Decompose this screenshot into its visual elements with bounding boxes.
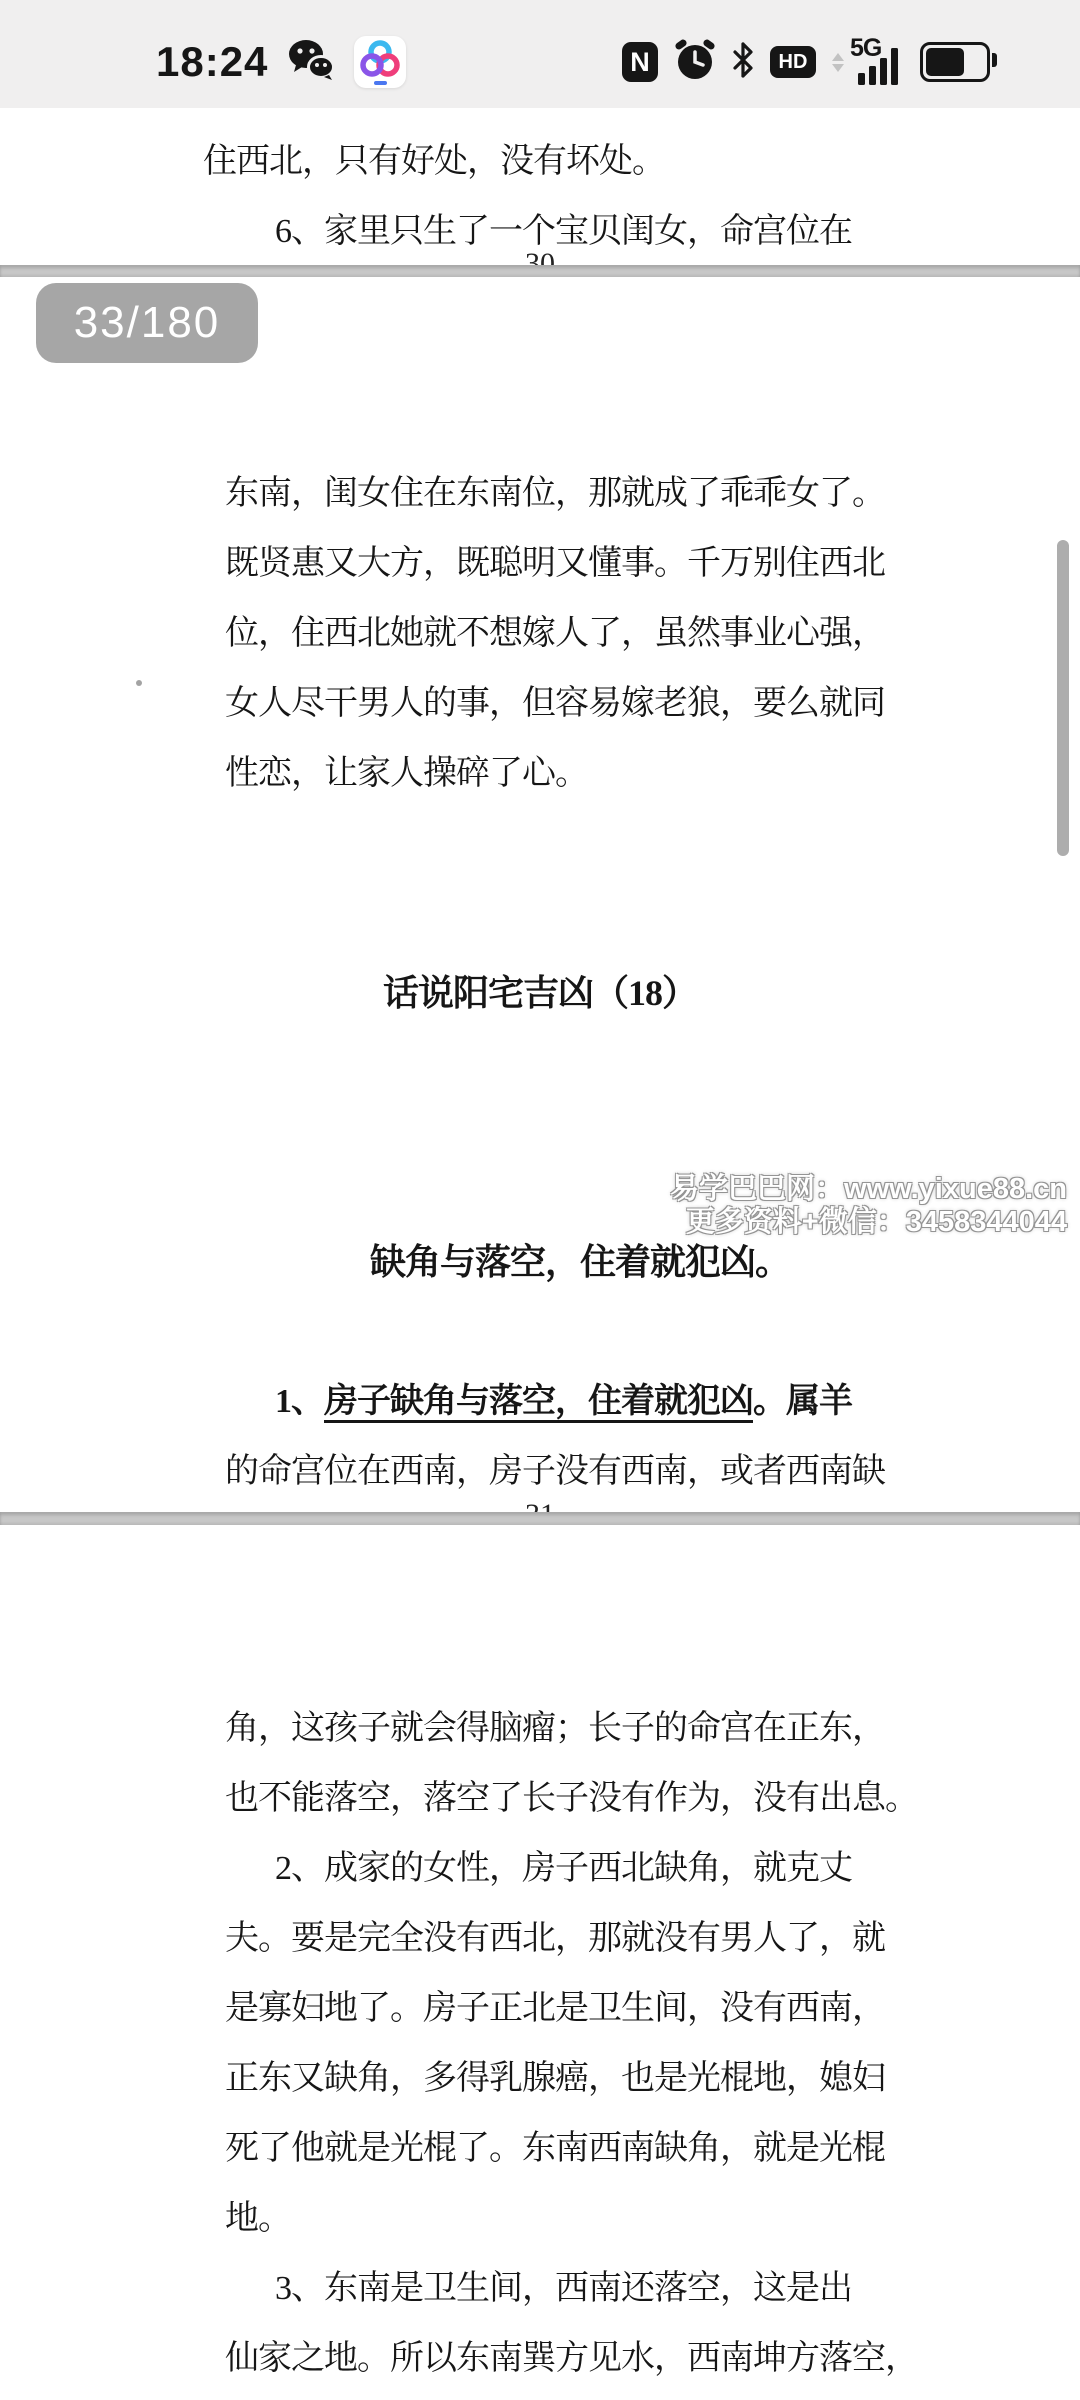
text-line: 地。	[0, 2184, 1080, 2254]
text-line: 住西北，只有好处，没有坏处。	[0, 127, 1080, 197]
page-indicator-badge: 33/180	[36, 283, 258, 363]
text-line: 性恋，让家人操碎了心。	[0, 739, 1080, 809]
page30-text: 住西北，只有好处，没有坏处。6、家里只生了一个宝贝闺女，命宫位在	[0, 127, 1080, 265]
nfc-icon: N	[622, 42, 658, 82]
subsection-title: 缺角与落空，住着就犯凶。	[40, 1227, 1080, 1297]
watermark-line1: 易学巴巴网：www.yixue88.cn	[670, 1173, 1067, 1206]
text-line: 死了他就是光棍了。东南西南缺角，就是光棍	[0, 2114, 1080, 2184]
bluetooth-icon	[732, 42, 754, 83]
network-arrows-icon	[832, 53, 844, 72]
pdf-page-31[interactable]: 东南，闺女住在东南位，那就成了乖乖女了。既贤惠又大方，既聪明又懂事。千万别住西北…	[0, 277, 1080, 1512]
scan-artifact-dot	[136, 680, 142, 686]
page31-paragraph: 东南，闺女住在东南位，那就成了乖乖女了。既贤惠又大方，既聪明又懂事。千万别住西北…	[0, 459, 1080, 809]
text-line: 1、房子缺角与落空，住着就犯凶。属羊	[0, 1367, 1080, 1437]
text-line: 也不能落空，落空了长子没有作为，没有出息。	[0, 1764, 1080, 1834]
text-line: 东南，闺女住在东南位，那就成了乖乖女了。	[0, 459, 1080, 529]
text-line: 仙家之地。所以东南巽方见水，西南坤方落空，	[0, 2324, 1080, 2394]
signal-bars-icon: 5G	[852, 39, 904, 85]
page-gap-separator	[0, 265, 1080, 277]
pdf-page-32[interactable]: 角，这孩子就会得脑瘤；长子的命宫在正东，也不能落空，落空了长子没有作为，没有出息…	[0, 1525, 1080, 2400]
text-line: 位，住西北她就不想嫁人了，虽然事业心强，	[0, 599, 1080, 669]
status-bar-left: 18:24	[156, 16, 406, 108]
hd-icon: HD	[770, 46, 816, 78]
text-line: 既贤惠又大方，既聪明又懂事。千万别住西北	[0, 529, 1080, 599]
text-line: 女人尽干男人的事，但容易嫁老狼，要么就同	[0, 669, 1080, 739]
pdf-page-30[interactable]: 住西北，只有好处，没有坏处。6、家里只生了一个宝贝闺女，命宫位在 30	[0, 108, 1080, 265]
scrollbar-thumb[interactable]	[1057, 540, 1069, 856]
text-line: 的命宫位在西南，房子没有西南，或者西南缺	[0, 1437, 1080, 1507]
status-bar-right: N HD 5G	[622, 16, 996, 108]
text-line: 2、成家的女性，房子西北缺角，就克丈	[0, 1834, 1080, 1904]
page30-number: 30	[0, 247, 1080, 265]
wechat-icon	[288, 39, 334, 86]
phone-screen: 18:24	[0, 0, 1080, 2400]
text-line: 3、东南是卫生间，西南还落空，这是出	[0, 2254, 1080, 2324]
text-line: 夫。要是完全没有西北，那就没有男人了，就	[0, 1904, 1080, 1974]
status-bar: 18:24	[0, 0, 1080, 108]
page31-item1: 1、房子缺角与落空，住着就犯凶。属羊的命宫位在西南，房子没有西南，或者西南缺	[0, 1367, 1080, 1507]
page31-number: 31	[0, 1498, 1080, 1512]
section-title: 话说阳宅吉凶（18）	[0, 958, 1080, 1028]
battery-icon	[920, 42, 990, 82]
clock-time: 18:24	[156, 38, 268, 86]
app-icon	[354, 36, 406, 88]
page-gap-separator	[0, 1512, 1080, 1525]
text-line: 是寡妇地了。房子正北是卫生间，没有西南，	[0, 1974, 1080, 2044]
alarm-icon	[674, 39, 716, 86]
text-line: 正东又缺角，多得乳腺癌，也是光棍地，媳妇	[0, 2044, 1080, 2114]
text-line: 角，这孩子就会得脑瘤；长子的命宫在正东，	[0, 1694, 1080, 1764]
page32-text: 角，这孩子就会得脑瘤；长子的命宫在正东，也不能落空，落空了长子没有作为，没有出息…	[0, 1694, 1080, 2394]
